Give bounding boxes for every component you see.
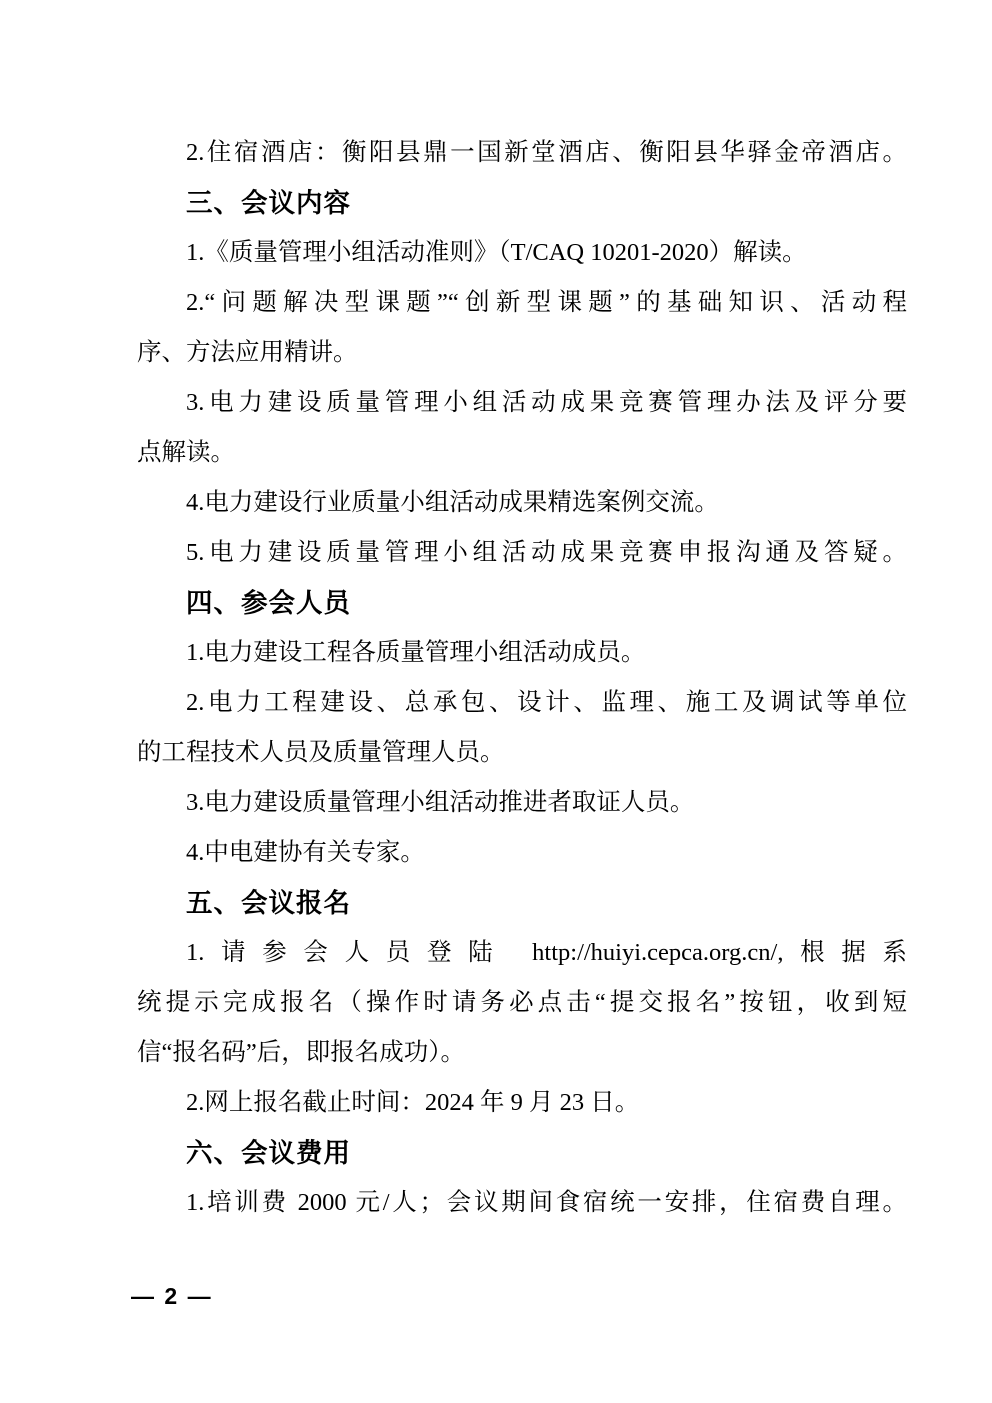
section-heading: 六、会议费用 [137, 1128, 907, 1178]
text-line: 3.电力建设质量管理小组活动成果竞赛管理办法及评分要 [137, 378, 907, 428]
section-heading: 三、会议内容 [137, 178, 907, 228]
text-line: 2.网上报名截止时间：2024 年 9 月 23 日。 [137, 1078, 907, 1128]
text-line: 点解读。 [137, 428, 907, 478]
section-heading: 五、会议报名 [137, 878, 907, 928]
text-line: 1.请参会人员登陆 http://huiyi.cepca.org.cn/,根据系 [137, 928, 907, 978]
text-line: 2.“问题解决型课题”“创新型课题”的基础知识、活动程 [137, 278, 907, 328]
text-line: 2.住宿酒店：衡阳县鼎一国新堂酒店、衡阳县华驿金帝酒店。 [137, 128, 907, 178]
document-page: 2.住宿酒店：衡阳县鼎一国新堂酒店、衡阳县华驿金帝酒店。三、会议内容1.《质量管… [0, 0, 992, 1403]
document-body: 2.住宿酒店：衡阳县鼎一国新堂酒店、衡阳县华驿金帝酒店。三、会议内容1.《质量管… [137, 128, 907, 1228]
text-line: 4.中电建协有关专家。 [137, 828, 907, 878]
section-heading: 四、参会人员 [137, 578, 907, 628]
text-line: 2.电力工程建设、总承包、设计、监理、施工及调试等单位 [137, 678, 907, 728]
page-number: — 2 — [131, 1283, 213, 1310]
text-line: 4.电力建设行业质量小组活动成果精选案例交流。 [137, 478, 907, 528]
text-line: 1.《质量管理小组活动准则》（T/CAQ 10201-2020）解读。 [137, 228, 907, 278]
text-line: 序、方法应用精讲。 [137, 328, 907, 378]
text-line: 的工程技术人员及质量管理人员。 [137, 728, 907, 778]
text-line: 1.电力建设工程各质量管理小组活动成员。 [137, 628, 907, 678]
text-line: 信“报名码”后，即报名成功）。 [137, 1028, 907, 1078]
text-line: 3.电力建设质量管理小组活动推进者取证人员。 [137, 778, 907, 828]
text-line: 1.培训费 2000 元/人；会议期间食宿统一安排，住宿费自理。 [137, 1178, 907, 1228]
text-line: 5.电力建设质量管理小组活动成果竞赛申报沟通及答疑。 [137, 528, 907, 578]
text-line: 统提示完成报名（操作时请务必点击“提交报名”按钮，收到短 [137, 978, 907, 1028]
